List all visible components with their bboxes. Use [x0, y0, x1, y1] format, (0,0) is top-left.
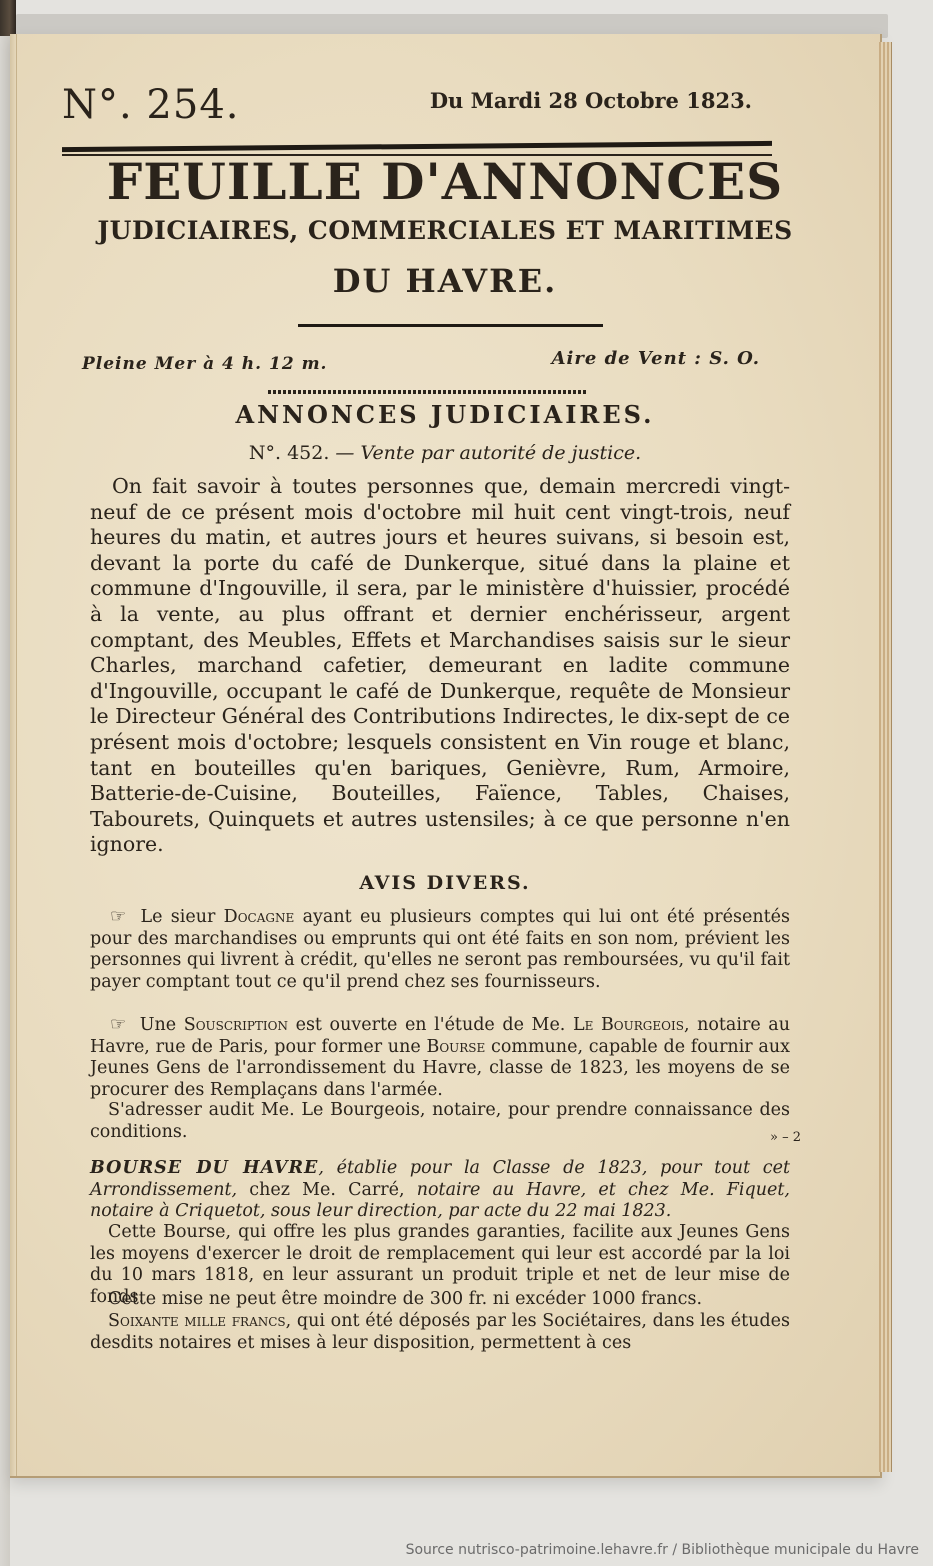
bourse-text: chez Me. Carré, — [249, 1180, 404, 1200]
notice-lead: Le sieur — [140, 907, 215, 927]
issue-date: Du Mardi 28 Octobre 1823. — [430, 88, 752, 113]
bourse-text: et chez Me. Fiquet, — [598, 1180, 790, 1200]
masthead-row: N°. 254. Du Mardi 28 Octobre 1823. — [62, 82, 752, 132]
section-heading-judiciaires: ANNONCES JUDICIAIRES. — [10, 400, 880, 429]
newspaper-place: DU HAVRE. — [10, 262, 880, 300]
section-heading-divers: AVIS DIVERS. — [10, 872, 880, 894]
bourse-text: notaire à Criquetot, sous leur direction… — [90, 1201, 671, 1221]
pointing-hand-icon: ☞ — [100, 1014, 126, 1036]
title-rule — [298, 324, 603, 327]
ornamental-rule — [268, 390, 588, 394]
notice-keyword: Souscription — [184, 1015, 288, 1035]
bourse-name: BOURSE DU HAVRE — [90, 1158, 318, 1178]
source-credit: Source nutrisco-patrimoine.lehavre.fr / … — [406, 1542, 919, 1558]
wind-info: Aire de Vent : S. O. — [552, 348, 760, 369]
notice-number: N°. 452. — [249, 442, 330, 464]
newspaper-page: N°. 254. Du Mardi 28 Octobre 1823. FEUIL… — [10, 34, 882, 1478]
tide-info: Pleine Mer à 4 h. 12 m. — [82, 354, 327, 374]
notice-body: On fait savoir à toutes personnes que, d… — [90, 474, 790, 858]
notice-adresser: S'adresser audit Me. Le Bourgeois, notai… — [90, 1100, 790, 1143]
binding-edge — [0, 36, 10, 1566]
notice-bourse-du-havre: BOURSE DU HAVRE, établie pour la Classe … — [90, 1158, 790, 1223]
book-binding — [0, 0, 16, 36]
notice-text: est ouverte en l'étude de Me. — [296, 1015, 566, 1035]
bourse-text: notaire au Havre, — [417, 1180, 587, 1200]
notice-keyword: Bourse — [426, 1037, 485, 1057]
newspaper-title: FEUILLE D'ANNONCES — [10, 152, 880, 211]
masthead-rule-thick — [62, 141, 772, 152]
notice-souscription: ☞ Une Souscription est ouverte en l'étud… — [90, 1014, 790, 1101]
notice-subject: — Vente par autorité de justice. — [335, 442, 641, 464]
page-edge-stack — [879, 42, 892, 1472]
notice-title: N°. 452. — Vente par autorité de justice… — [10, 442, 880, 464]
page-content: N°. 254. Du Mardi 28 Octobre 1823. FEUIL… — [10, 34, 880, 1476]
newspaper-subtitle: JUDICIAIRES, COMMERCIALES ET MARITIMES — [20, 216, 870, 245]
pointing-hand-icon: ☞ — [100, 906, 126, 928]
notary-name: Le Bourgeois — [573, 1015, 684, 1035]
signature-mark: » – 2 — [770, 1130, 801, 1145]
amount-lead: Soixante mille francs — [108, 1311, 286, 1331]
notice-lead: Une — [140, 1015, 176, 1035]
notice-soixante: Soixante mille francs, qui ont été dépos… — [90, 1311, 790, 1354]
person-name: Docagne — [224, 907, 295, 927]
notice-docagne: ☞ Le sieur Docagne ayant eu plusieurs co… — [90, 906, 790, 993]
issue-number: N°. 254. — [62, 82, 240, 128]
notice-mise: Cette mise ne peut être moindre de 300 f… — [90, 1289, 790, 1311]
